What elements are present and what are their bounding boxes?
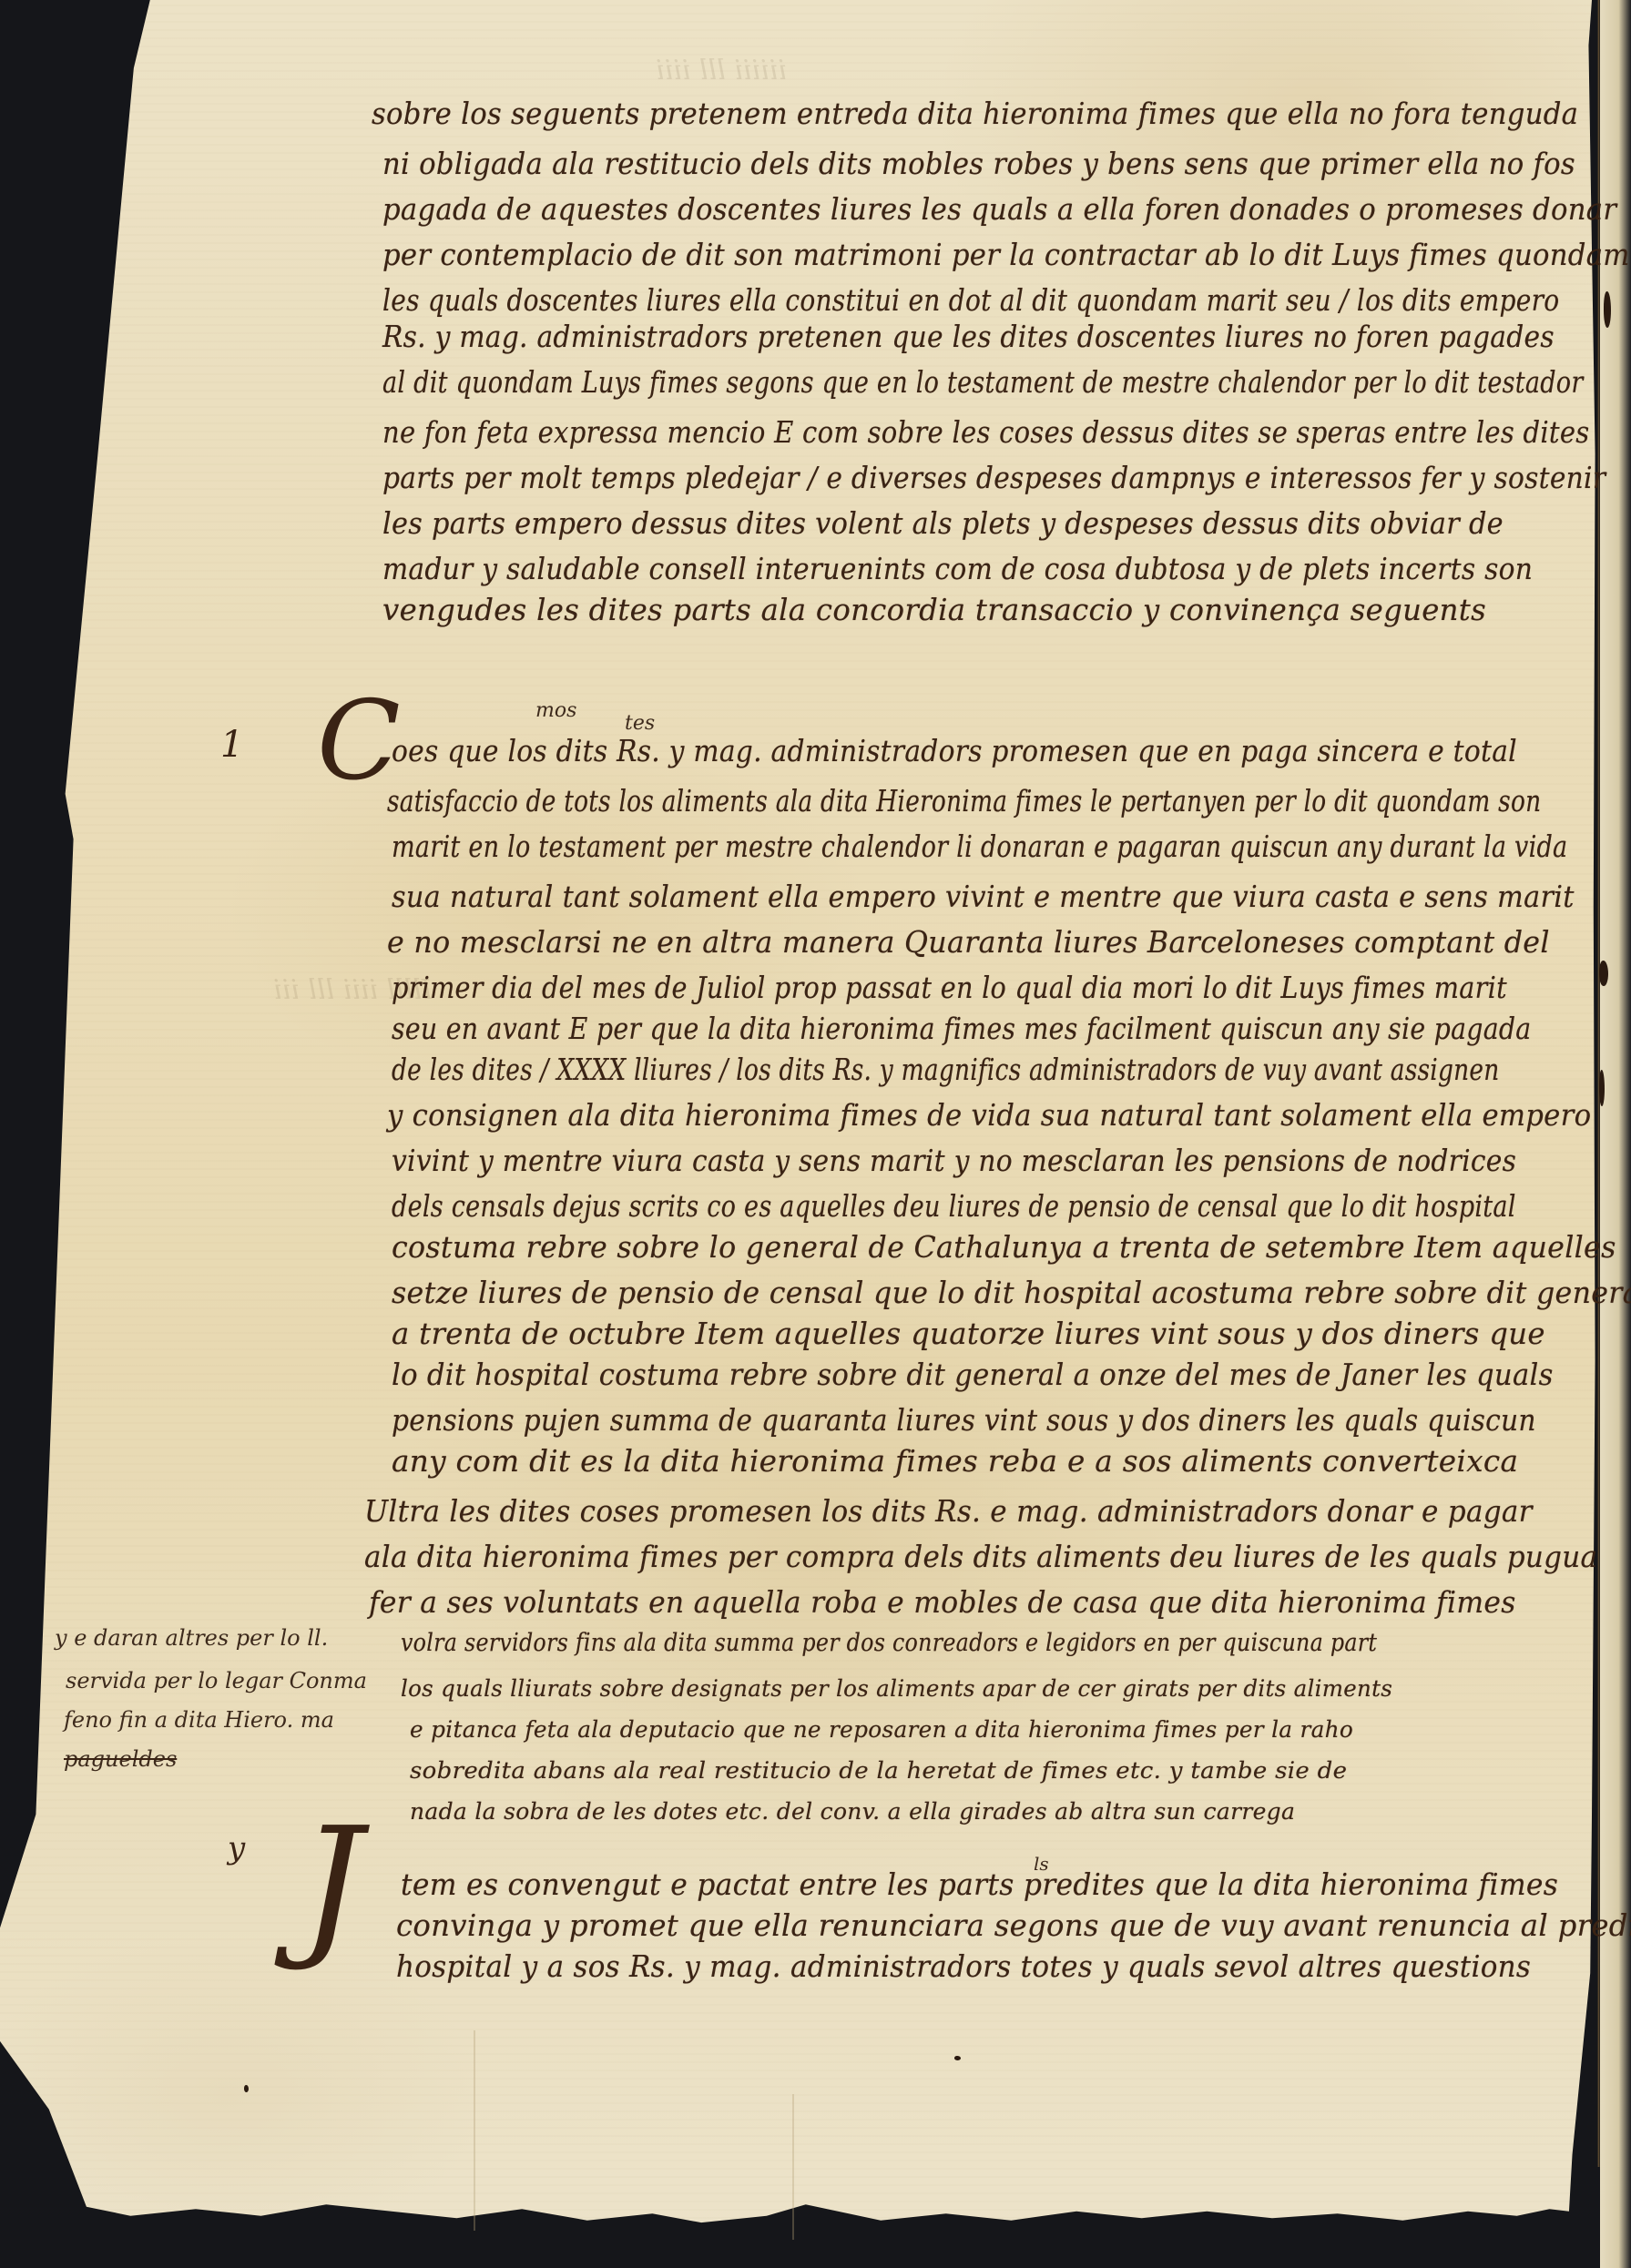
text-line: de les dites / XXXX lliures / los dits R… [392,1047,1499,1093]
margin-note-line-struck: pagueldes [64,1746,177,1772]
ink-blot [1604,291,1611,328]
decorated-initial: J [301,1807,362,1962]
text-line: pensions pujen summa de quaranta liures … [392,1398,1536,1443]
text-line: marit en lo testament per mestre chalend… [392,824,1567,870]
text-line: vivint y mentre viura casta y sens marit… [392,1138,1516,1184]
paragraph-number: y [228,1830,245,1866]
text-line-interpolated: volra servidors fins ala dita summa per … [401,1625,1377,1662]
text-line: any com dit es la dita hieronima fimes r… [392,1439,1518,1484]
text-line-interpolated: e pitanca feta ala deputacio que ne repo… [410,1712,1353,1748]
text-line: seu en avant E per que la dita hieronima… [392,1006,1531,1052]
text-line: per contemplacio de dit son matrimoni pe… [382,232,1630,278]
text-line: Ultra les dites coses promesen los dits … [364,1489,1533,1534]
text-line: Rs. y mag. administradors pretenen que l… [382,314,1555,360]
text-line: a trenta de octubre Item aquelles quator… [392,1311,1545,1357]
text-line: sua natural tant solament ella empero vi… [392,874,1575,920]
text-line-interpolated: nada la sobra de les dotes etc. del conv… [410,1794,1295,1830]
margin-note-line: servida per lo legar Conma [66,1668,367,1693]
manuscript-scan: iiiiii lll iiii Illll iiii lll iii sobre… [0,0,1631,2268]
text-line: lo dit hospital costuma rebre sobre dit … [392,1352,1554,1398]
margin-note-line: y e daran altres per lo ll. [55,1625,328,1651]
text-line: ni obligada ala restitucio dels dits mob… [382,141,1575,187]
text-line: fer a ses voluntats en aquella roba e mo… [369,1580,1516,1625]
paper-crease [474,2030,475,2231]
text-line: pagada de aquestes doscentes liures les … [382,187,1616,232]
text-line-interpolated: los quals lliurats sobre designats per l… [401,1671,1392,1707]
verso-bleed: iiiiii lll iiii [656,55,787,86]
ink-speck [244,2085,249,2092]
text-line: costuma rebre sobre lo general de Cathal… [392,1225,1616,1270]
text-line: e no mesclarsi ne en altra manera Quaran… [387,920,1550,965]
paragraph-number: 1 [220,724,243,766]
text-line: convinga y promet que ella renunciara se… [396,1903,1631,1948]
text-line: oes que los dits Rs. y mag. administrado… [392,728,1517,774]
text-line: ala dita hieronima fimes per compra dels… [364,1534,1597,1580]
text-line: tem es convengut e pactat entre les part… [401,1862,1558,1907]
text-line: hospital y a sos Rs. y mag. administrado… [396,1944,1531,1989]
text-line: madur y saludable consell interuenints c… [382,546,1533,592]
ink-speck [954,2056,961,2060]
superscript-abbreviation: mos [535,699,576,722]
ink-blot [1599,961,1608,986]
text-line: parts per molt temps pledejar / e divers… [382,455,1606,501]
text-line: vengudes les dites parts ala concordia t… [382,587,1486,633]
text-line: al dit quondam Luys fimes segons que en … [382,360,1584,405]
text-line: y consignen ala dita hieronima fimes de … [387,1093,1591,1138]
margin-note-line: feno fin a dita Hiero. ma [64,1707,334,1733]
paper-crease [792,2094,794,2240]
text-line: les parts empero dessus dites volent als… [382,501,1504,546]
text-line: primer dia del mes de Juliol prop passat… [392,965,1507,1011]
text-line-interpolated: sobredita abans ala real restitucio de l… [410,1753,1347,1789]
text-line: setze liures de pensio de censal que lo … [392,1270,1631,1316]
text-line: dels censals dejus scrits co es aquelles… [392,1184,1516,1229]
text-line: sobre los seguents pretenem entreda dita… [372,91,1578,137]
text-line: ne fon feta expressa mencio E com sobre … [382,410,1589,455]
ink-blot [1599,1070,1605,1106]
text-line: satisfaccio de tots los aliments ala dit… [387,778,1541,824]
